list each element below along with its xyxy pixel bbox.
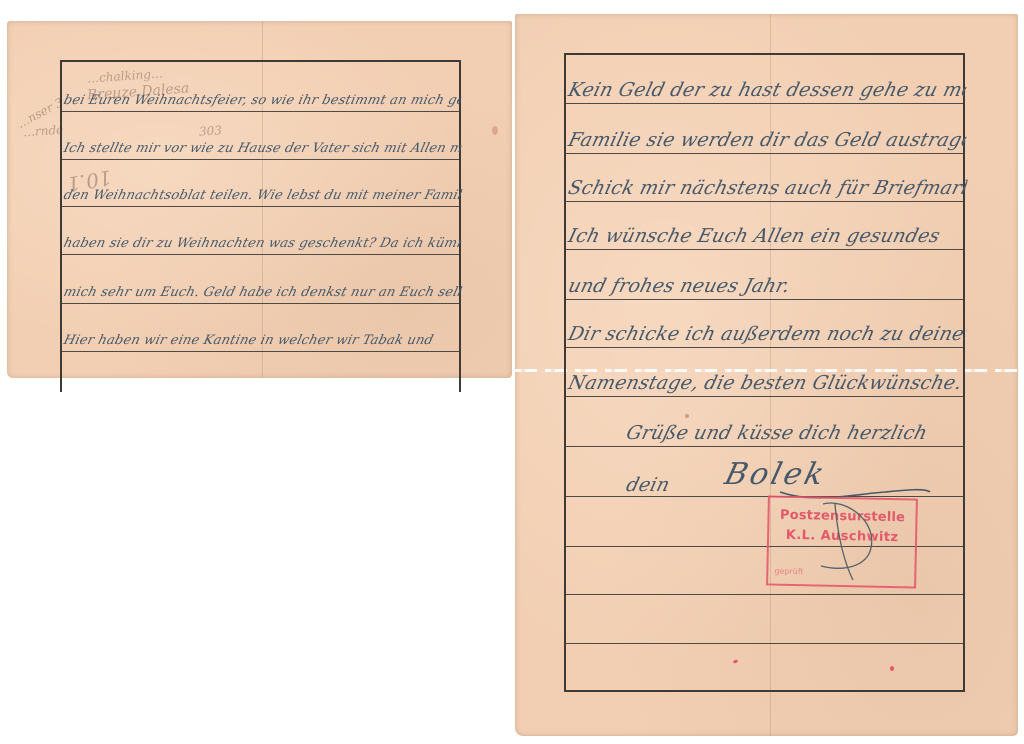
ruled-line [566,299,963,300]
ruled-line [566,249,963,250]
stain [492,126,498,135]
pencil-address-fragment: …rnde [23,123,64,140]
red-ink-speck [890,666,894,671]
ruled-writing-area: bei Euren Weihnachtsfeier, so wie ihr be… [60,60,461,392]
closing-line: Grüße und küsse dich herzlich [624,422,968,444]
ruled-writing-area: Kein Geld der zu hast dessen gehe zu mei… [564,53,965,692]
ruled-line [62,254,459,255]
ruled-line [62,303,459,304]
handwritten-line: Namenstage, die besten Glückwünsche. [566,372,968,394]
handwritten-line: bei Euren Weihnachtsfeier, so wie ihr be… [62,93,463,108]
handwritten-line: Schick mir nächstens auch für Briefmarke… [566,177,968,199]
handwritten-line: den Weihnachtsoblat teilen. Wie lebst du… [62,188,463,203]
handwritten-line: und frohes neues Jahr. [566,275,968,297]
ruled-line [62,111,459,112]
handwritten-line: Kein Geld der zu hast dessen gehe zu mei… [566,79,968,101]
handwritten-line: haben sie dir zu Weihnachten was geschen… [62,236,463,251]
signature-prefix: dein [624,474,672,496]
letter-card-left: …chalking… Breuze Dalesa …nser 3 …rnde 3… [7,21,512,378]
ruled-line [62,159,459,160]
handwritten-line: Hier haben wir eine Kantine in welcher w… [62,333,463,348]
ruled-line [566,396,963,397]
ruled-line [566,446,963,447]
censor-initial-mark [815,500,885,580]
ruled-line [566,643,963,644]
ruled-line [566,153,963,154]
ruled-line [62,351,459,352]
handwritten-line: Ich stellte mir vor wie zu Hause der Vat… [62,141,463,156]
stain [685,414,689,418]
ruled-line [566,347,963,348]
handwritten-line: Dir schicke ich außerdem noch zu deinem [566,323,968,345]
stamp-line-3: geprüft [774,567,803,577]
handwritten-line: Familie sie werden dir das Geld austrage… [566,129,968,151]
handwritten-line: Ich wünsche Euch Allen ein gesundes [566,225,968,247]
ruled-line [566,594,963,595]
ruled-line [566,201,963,202]
letter-card-right: Kein Geld der zu hast dessen gehe zu mei… [515,14,1018,736]
ruled-line [62,206,459,207]
handwritten-line: mich sehr um Euch. Geld habe ich denkst … [62,285,463,300]
ruled-line [566,103,963,104]
